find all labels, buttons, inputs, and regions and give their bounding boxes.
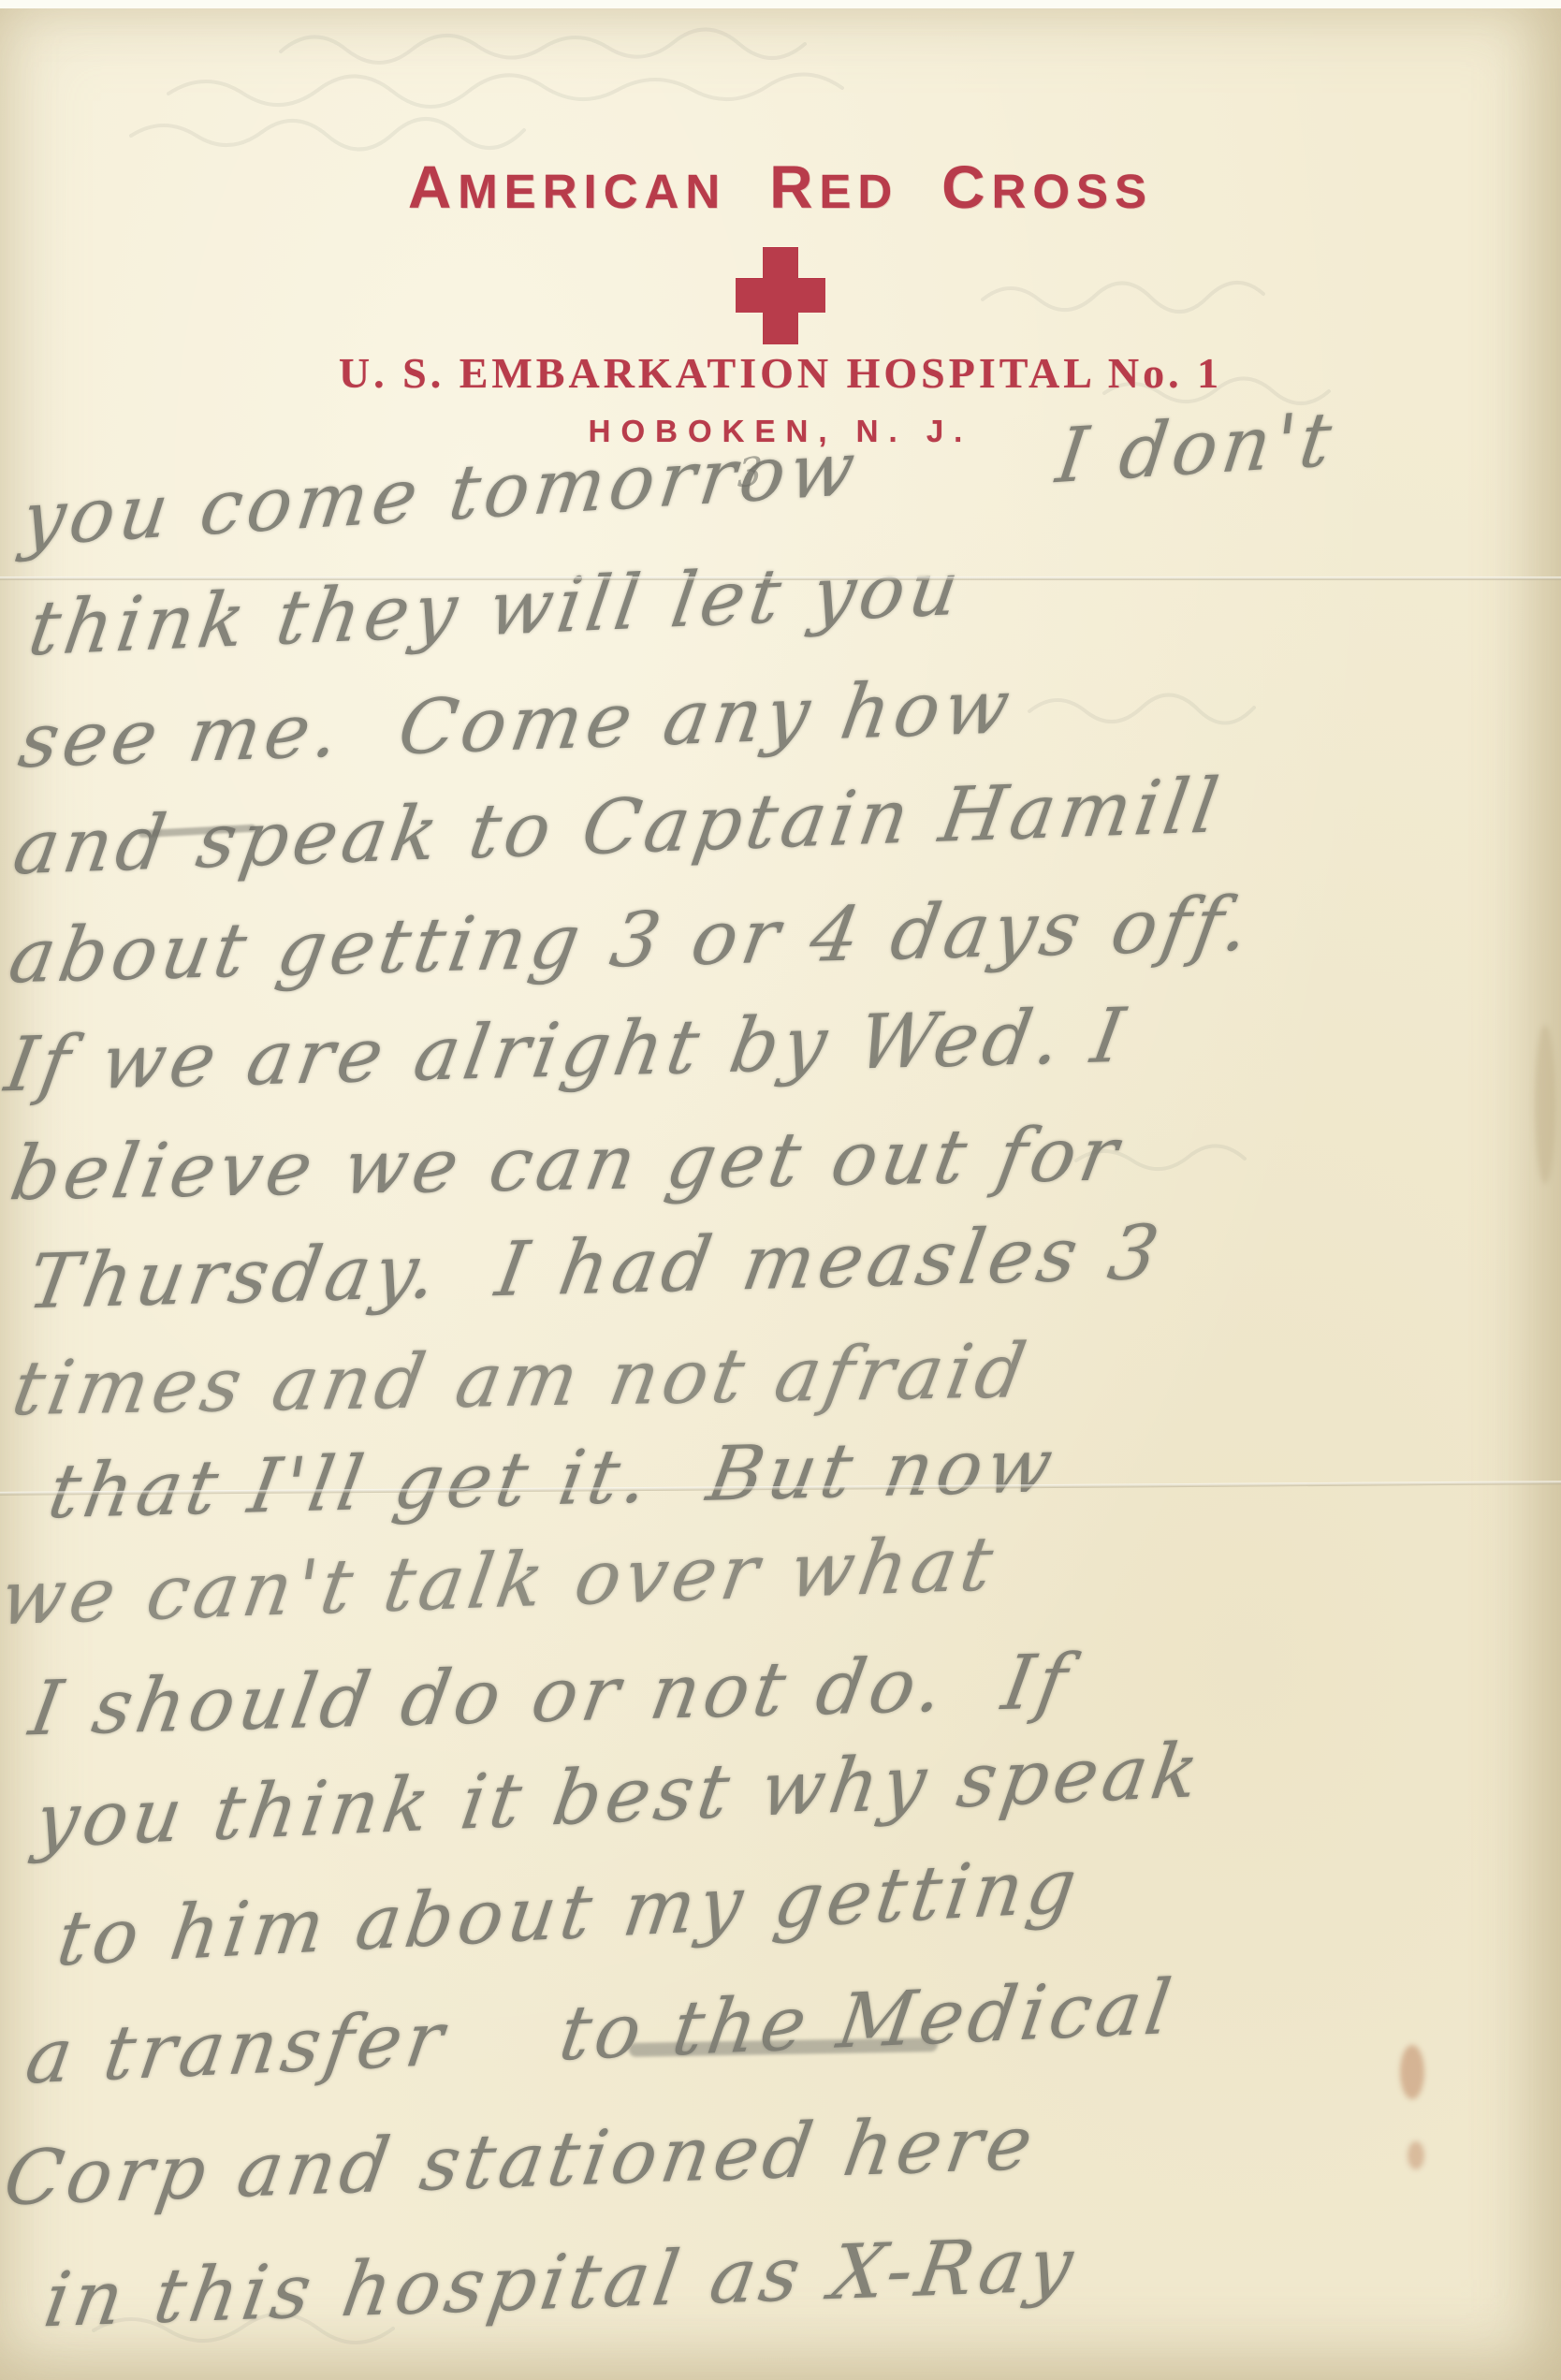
letterhead-hospital-line: U. S. EMBARKATION HOSPITAL No. 1 (0, 348, 1561, 398)
handwritten-line-7: believe we can get out for (6, 1117, 1128, 1211)
title-word: RED (769, 157, 898, 217)
letter-page: AMERICAN RED CROSS U. S. EMBARKATION HOS… (0, 0, 1561, 2380)
fold-crease-top (0, 577, 1561, 580)
title-word: CROSS (941, 157, 1153, 217)
title-word: AMERICAN (408, 157, 726, 217)
letterhead-title: AMERICAN RED CROSS (0, 157, 1561, 217)
red-cross-icon (736, 247, 825, 344)
paper-stain (1400, 2045, 1424, 2099)
paper-stain (1535, 1025, 1555, 1184)
paper-stain (1408, 2141, 1424, 2169)
handwritten-line-9: times and am not afraid (7, 1334, 1036, 1426)
